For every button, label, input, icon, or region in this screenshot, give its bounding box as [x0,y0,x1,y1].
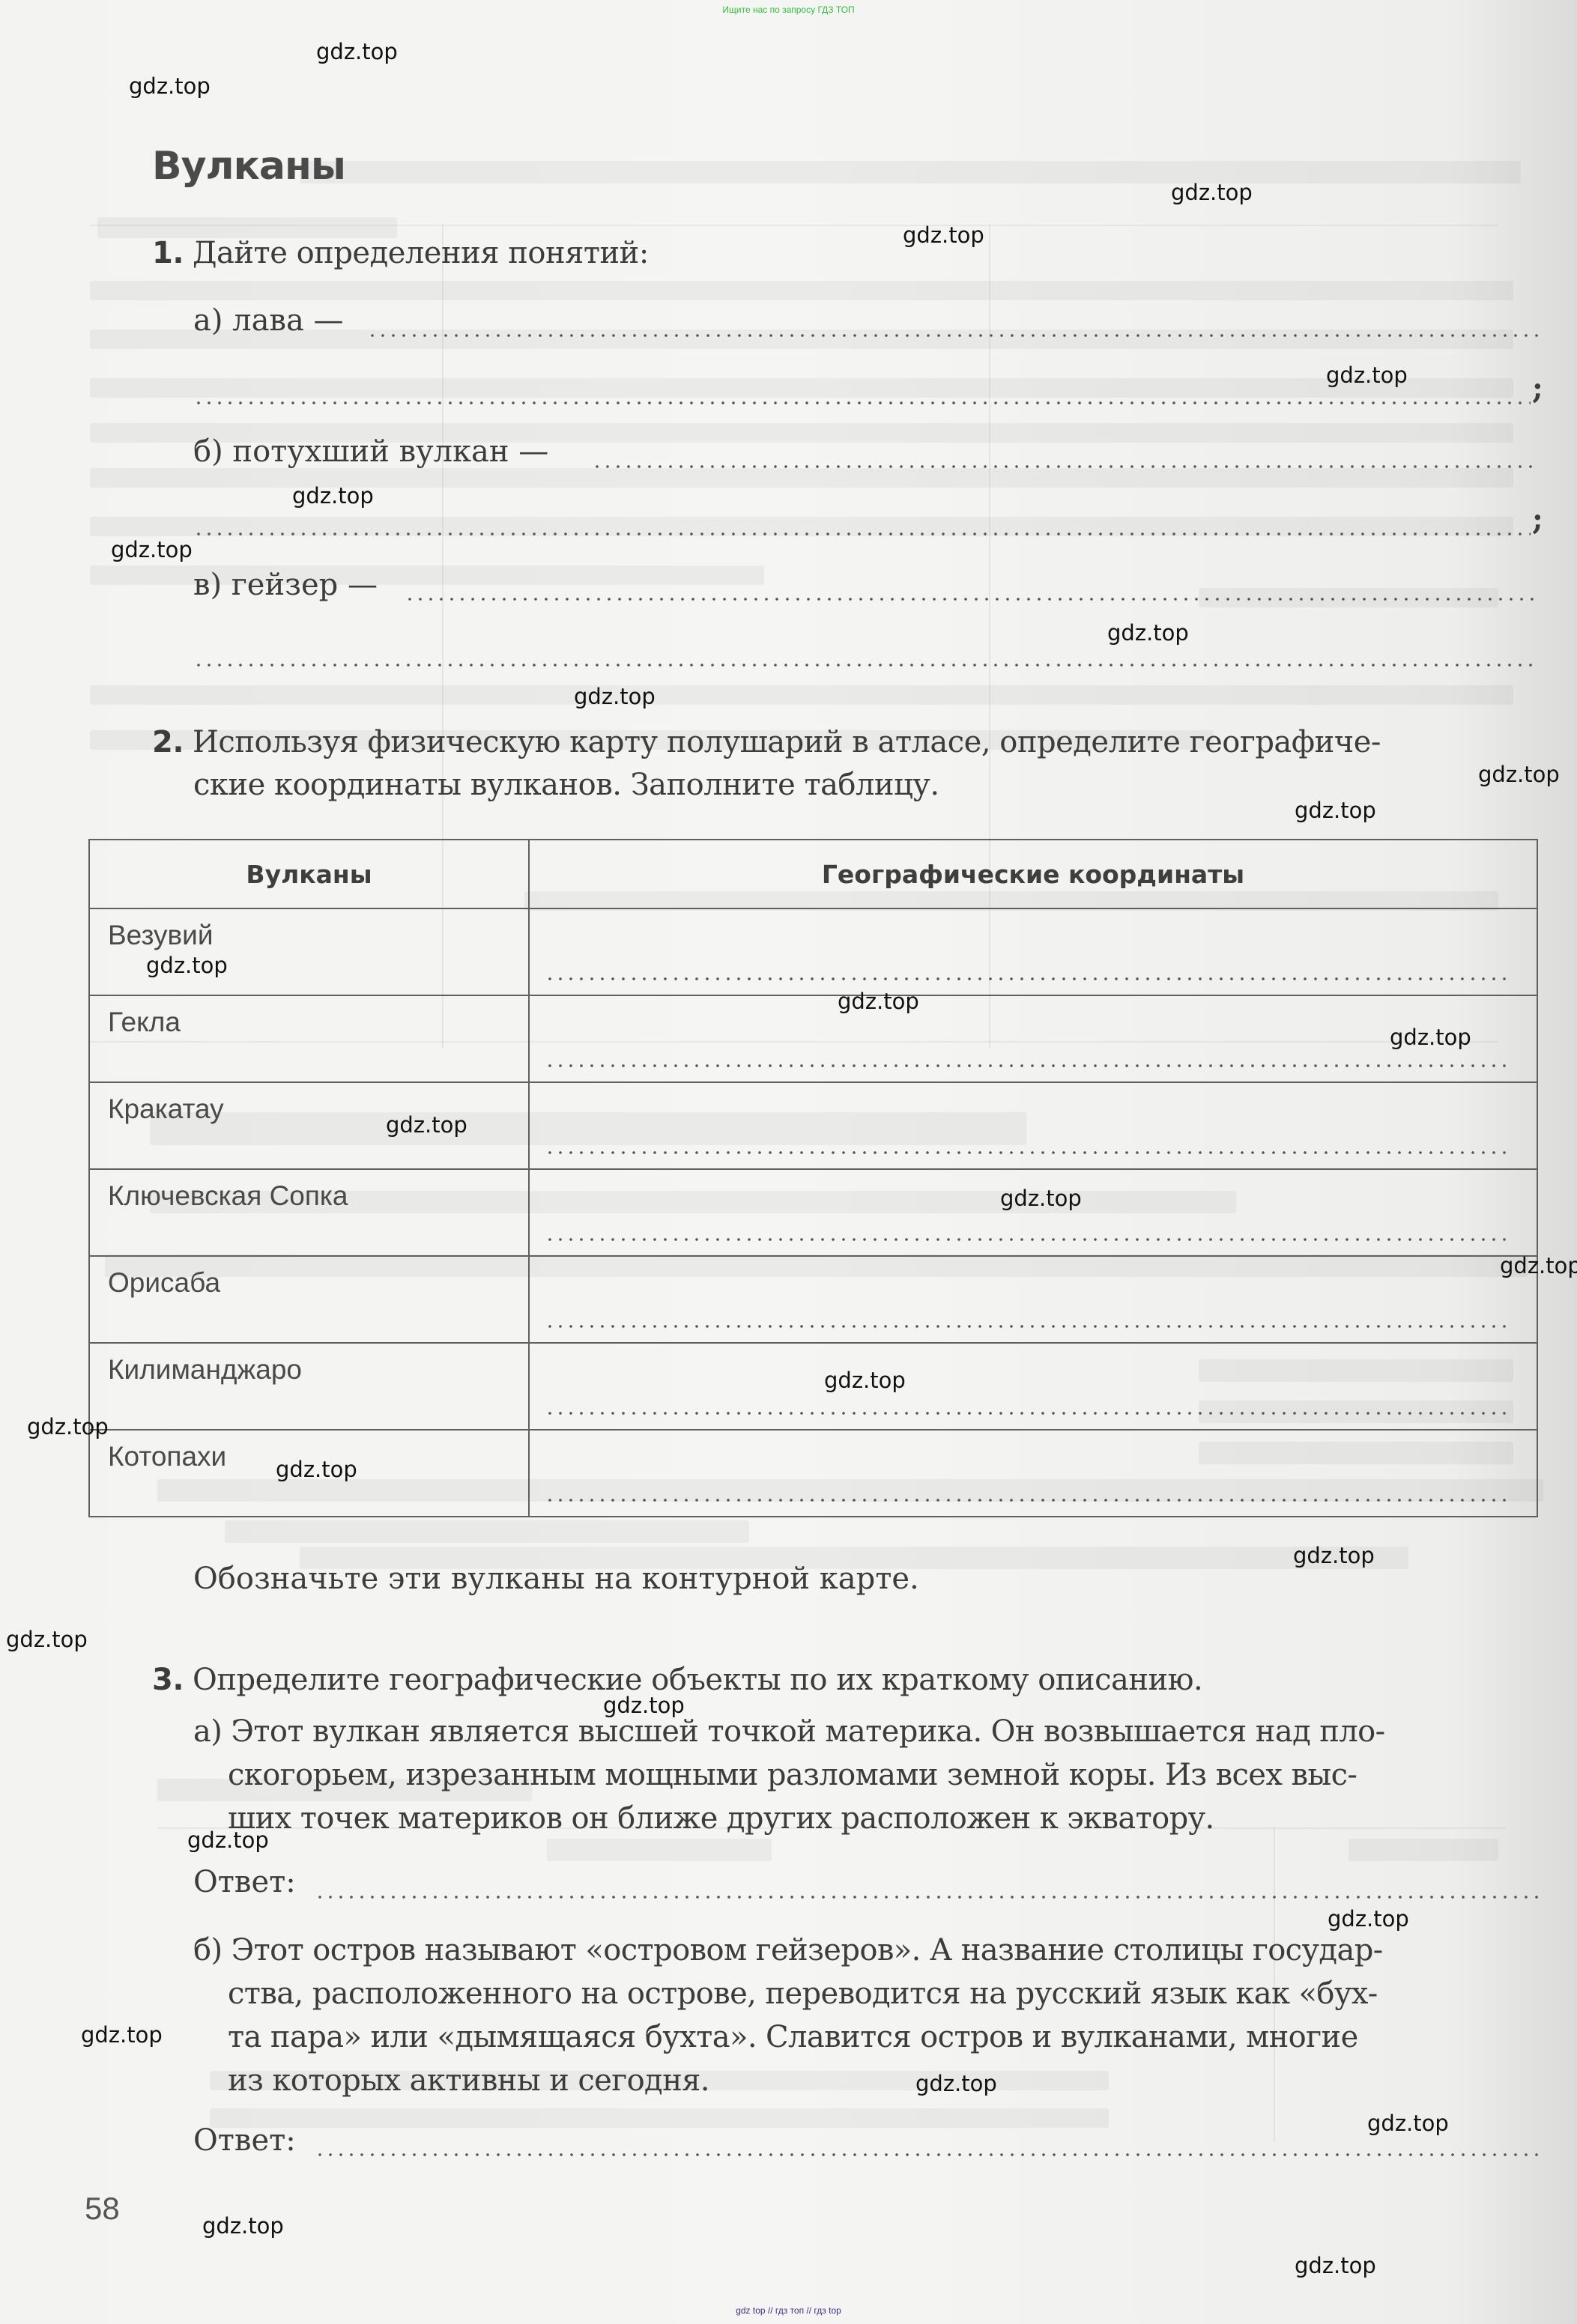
column-header-coordinates: Географические координаты [529,840,1537,908]
task-2-prompt-line-2: ские координаты вулканов. Заполните табл… [193,768,939,802]
text-line: ства, расположенного на острове, перевод… [193,1972,1383,2015]
coordinates-answer-line[interactable] [545,1064,1510,1068]
text-line: а) Этот вулкан является высшей точкой ма… [193,1710,1385,1753]
answer-label-3a: Ответ: [193,1865,296,1899]
volcano-cell: Гекла [89,995,529,1082]
table-header-row: Вулканы Географические координаты [89,840,1537,908]
bleed-through [90,565,764,585]
watermark: gdz.top [1500,1253,1577,1278]
text-line: та пара» или «дымящаяся бухта». Славится… [193,2015,1383,2059]
bottom-banner[interactable]: gdz top // гдз топ // гдз top [0,2305,1577,2316]
coordinates-cell[interactable] [529,1169,1537,1256]
volcano-name: Котопахи [108,1441,226,1472]
definition-label-geyser: в) гейзер — [193,568,378,602]
task-text: Дайте определения понятий: [193,236,649,270]
table-row: Везувий [89,908,1537,995]
volcano-cell: Везувий [89,908,529,995]
answer-line-geyser-2[interactable] [193,663,1540,667]
coordinates-answer-line[interactable] [545,977,1510,981]
watermark: gdz.top [1326,362,1408,388]
coordinates-answer-line[interactable] [545,1150,1510,1155]
bleed-through [97,217,397,238]
table-row: Кракатау [89,1082,1537,1169]
watermark: gdz.top [1295,798,1376,823]
volcano-name: Гекла [108,1007,181,1038]
volcano-name: Кракатау [108,1093,224,1125]
coordinates-cell[interactable] [529,908,1537,995]
volcano-cell: Килиманджаро [89,1343,529,1430]
answer-line-geyser-1[interactable] [405,597,1540,601]
watermark: gdz.top [1107,620,1189,646]
bleed-through [225,1520,749,1543]
task-number: 3. [152,1663,184,1697]
page-number: 58 [85,2191,120,2227]
text-line: б) Этот остров называют «островом гейзер… [193,1929,1383,1972]
task-number: 1. [152,236,184,270]
watermark: gdz.top [1367,2111,1449,2136]
volcano-name: Везувий [108,920,213,951]
task-text: Определите географические объекты по их … [193,1663,1202,1697]
coordinates-cell[interactable] [529,1256,1537,1343]
volcano-name: Килиманджаро [108,1354,302,1386]
watermark: gdz.top [1328,1906,1409,1932]
task-3b-description: б) Этот остров называют «островом гейзер… [193,1929,1383,2102]
watermark: gdz.top [1000,1186,1082,1211]
table-row: Гекла [89,995,1537,1082]
bleed-through [1349,1839,1498,1861]
answer-line-extinct-1[interactable] [592,464,1540,469]
watermark: gdz.top [27,1414,109,1439]
task-number: 2. [152,725,184,759]
watermark: gdz.top [292,483,374,509]
workbook-page: Ищите нас по запросу ГДЗ ТОП gdz top // … [0,0,1577,2324]
watermark: gdz.top [187,1827,269,1853]
volcano-name: Орисаба [108,1267,220,1299]
table-row: Ключевская Сопка [89,1169,1537,1256]
coordinates-cell[interactable] [529,1343,1537,1430]
watermark: gdz.top [81,2022,163,2048]
text-line: ших точек материков он ближе других расп… [193,1797,1385,1840]
task-1-prompt: 1.Дайте определения понятий: [152,236,649,270]
watermark: gdz.top [1295,2253,1376,2278]
coordinates-answer-line[interactable] [545,1411,1510,1416]
watermark: gdz.top [1478,762,1560,787]
coordinates-answer-line[interactable] [545,1324,1510,1329]
text-line: из которых активны и сегодня. [193,2059,1383,2102]
answer-line-3a[interactable] [315,1895,1540,1899]
text-line: скогорьем, изрезанным мощными разломами … [193,1753,1385,1797]
coordinates-answer-line[interactable] [545,1237,1510,1242]
task-2-prompt-line-1: 2.Используя физическую карту полушарий в… [152,725,1381,759]
answer-line-lava-2[interactable] [193,401,1531,405]
watermark: gdz.top [1390,1025,1471,1050]
table-row: Килиманджаро [89,1343,1537,1430]
semicolon: ; [1532,502,1543,537]
volcano-coordinates-table: Вулканы Географические координаты Везуви… [88,839,1538,1517]
column-header-volcanoes: Вулканы [89,840,529,908]
task-2-note: Обозначьте эти вулканы на контурной карт… [193,1562,919,1596]
bleed-through [90,685,1513,705]
semicolon: ; [1532,371,1543,406]
bleed-through [210,2108,1109,2128]
coordinates-cell[interactable] [529,1082,1537,1169]
answer-line-lava-1[interactable] [367,333,1540,338]
coordinates-answer-line[interactable] [545,1498,1510,1502]
volcano-name: Ключевская Сопка [108,1180,348,1212]
answer-line-3b[interactable] [315,2152,1540,2157]
bleed-through [90,281,1513,300]
top-banner[interactable]: Ищите нас по запросу ГДЗ ТОП [0,4,1577,15]
bleed-through [90,378,1513,398]
table-row: Орисаба [89,1256,1537,1343]
volcano-cell: Орисаба [89,1256,529,1343]
watermark: gdz.top [1293,1543,1375,1568]
coordinates-cell[interactable] [529,995,1537,1082]
watermark: gdz.top [1171,180,1253,205]
watermark: gdz.top [111,537,193,562]
task-text: Используя физическую карту полушарий в а… [193,725,1381,759]
definition-label-extinct-volcano: б) потухший вулкан — [193,434,548,469]
watermark: gdz.top [915,2071,997,2096]
bleed-through [90,225,1498,226]
watermark: gdz.top [574,684,656,709]
watermark: gdz.top [824,1368,906,1393]
watermark: gdz.top [903,222,984,248]
task-3a-description: а) Этот вулкан является высшей точкой ма… [193,1710,1385,1840]
bleed-through [300,161,1521,183]
answer-line-extinct-2[interactable] [193,532,1531,536]
volcano-cell: Ключевская Сопка [89,1169,529,1256]
watermark: gdz.top [146,953,228,978]
answer-label-3b: Ответ: [193,2123,296,2158]
coordinates-cell[interactable] [529,1430,1537,1517]
section-title: Вулканы [152,144,345,189]
definition-label-lava: а) лава — [193,303,344,338]
watermark: gdz.top [386,1112,467,1138]
watermark: gdz.top [202,2213,284,2239]
watermark: gdz.top [129,73,211,99]
watermark: gdz.top [276,1457,357,1482]
watermark: gdz.top [838,989,919,1014]
bleed-through [547,1839,772,1861]
watermark: gdz.top [6,1627,88,1652]
watermark: gdz.top [603,1693,685,1718]
watermark: gdz.top [316,39,398,64]
